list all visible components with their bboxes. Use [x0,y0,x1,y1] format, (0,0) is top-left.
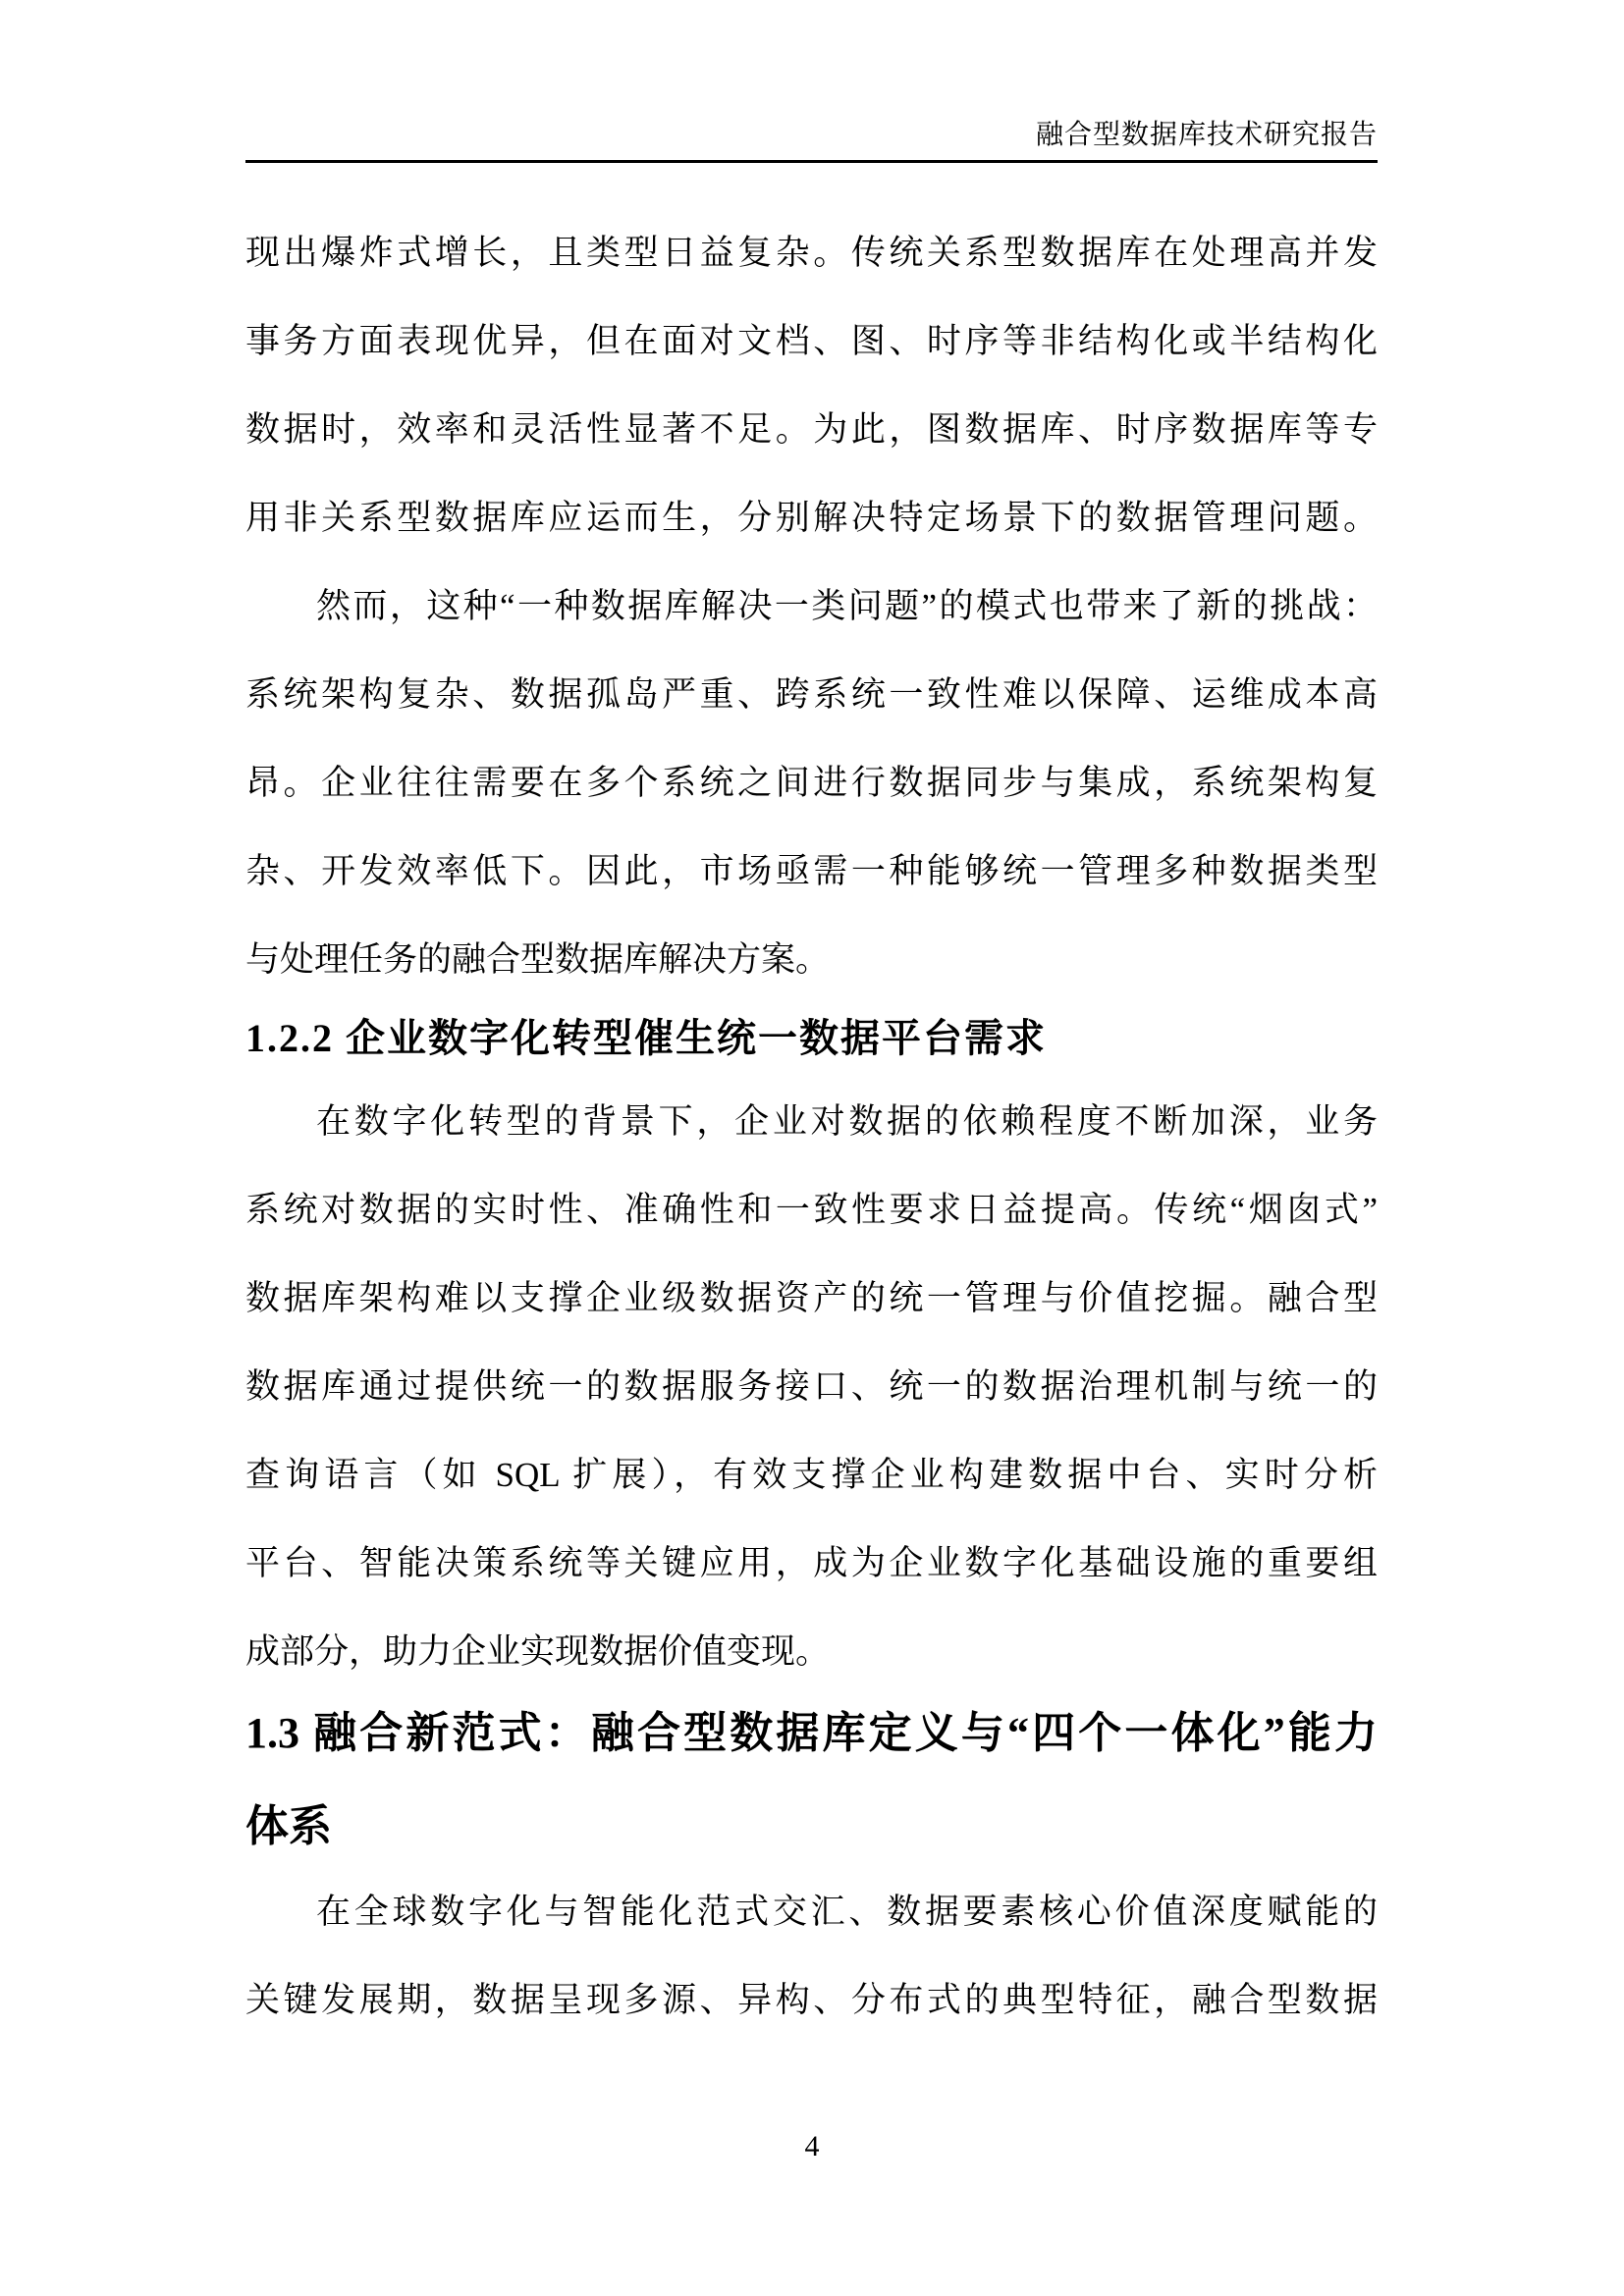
body-line: 事务方面表现优异，但在面对文档、图、时序等非结构化或半结构化 [245,297,1378,386]
header-title: 融合型数据库技术研究报告 [245,119,1378,152]
body-line: 在数字化转型的背景下，企业对数据的依赖程度不断加深，业务 [245,1078,1378,1166]
section-heading-1-3-line2: 体系 [245,1780,1378,1873]
body-line: 关键发展期，数据呈现多源、异构、分布式的典型特征，融合型数据 [245,1956,1378,2045]
body-line: 在全球数字化与智能化范式交汇、数据要素核心价值深度赋能的 [245,1868,1378,1956]
body-line: 然而，这种“一种数据库解决一类问题”的模式也带来了新的挑战： [245,562,1378,651]
paragraph-market-background: 现出爆炸式增长，且类型日益复杂。传统关系型数据库在处理高并发 事务方面表现优异，… [245,209,1378,1004]
body-line: 数据时，效率和灵活性显著不足。为此，图数据库、时序数据库等专 [245,386,1378,474]
body-line: 与处理任务的融合型数据库解决方案。 [245,916,1378,1004]
header-rule [245,160,1378,163]
section-heading-1-3-line1: 1.3 融合新范式：融合型数据库定义与“四个一体化”能力 [245,1686,1378,1780]
body-line: 杂、开发效率低下。因此，市场亟需一种能够统一管理多种数据类型 [245,828,1378,916]
body-line: 数据库通过提供统一的数据服务接口、统一的数据治理机制与统一的 [245,1343,1378,1431]
page-number: 4 [0,2129,1624,2164]
body-line: 昂。企业往往需要在多个系统之间进行数据同步与集成，系统架构复 [245,739,1378,828]
paragraph-digital-transformation: 在数字化转型的背景下，企业对数据的依赖程度不断加深，业务 系统对数据的实时性、准… [245,1078,1378,1696]
body-line: 成部分，助力企业实现数据价值变现。 [245,1608,1378,1696]
body-line: 系统架构复杂、数据孤岛严重、跨系统一致性难以保障、运维成本高 [245,651,1378,739]
body-line: 现出爆炸式增长，且类型日益复杂。传统关系型数据库在处理高并发 [245,209,1378,297]
body-line: 系统对数据的实时性、准确性和一致性要求日益提高。传统“烟囱式” [245,1166,1378,1255]
body-line: 数据库架构难以支撑企业级数据资产的统一管理与价值挖掘。融合型 [245,1255,1378,1343]
section-heading-1-2-2: 1.2.2 企业数字化转型催生统一数据平台需求 [245,1009,1378,1068]
paragraph-convergence-paradigm: 在全球数字化与智能化范式交汇、数据要素核心价值深度赋能的 关键发展期，数据呈现多… [245,1868,1378,2045]
body-line: 查询语言（如 SQL 扩展），有效支撑企业构建数据中台、实时分析 [245,1431,1378,1520]
section-heading-1-3: 1.3 融合新范式：融合型数据库定义与“四个一体化”能力 体系 [245,1686,1378,1873]
body-line: 用非关系型数据库应运而生，分别解决特定场景下的数据管理问题。 [245,474,1378,562]
body-line: 平台、智能决策系统等关键应用，成为企业数字化基础设施的重要组 [245,1520,1378,1608]
document-page: 融合型数据库技术研究报告 现出爆炸式增长，且类型日益复杂。传统关系型数据库在处理… [0,0,1624,2296]
